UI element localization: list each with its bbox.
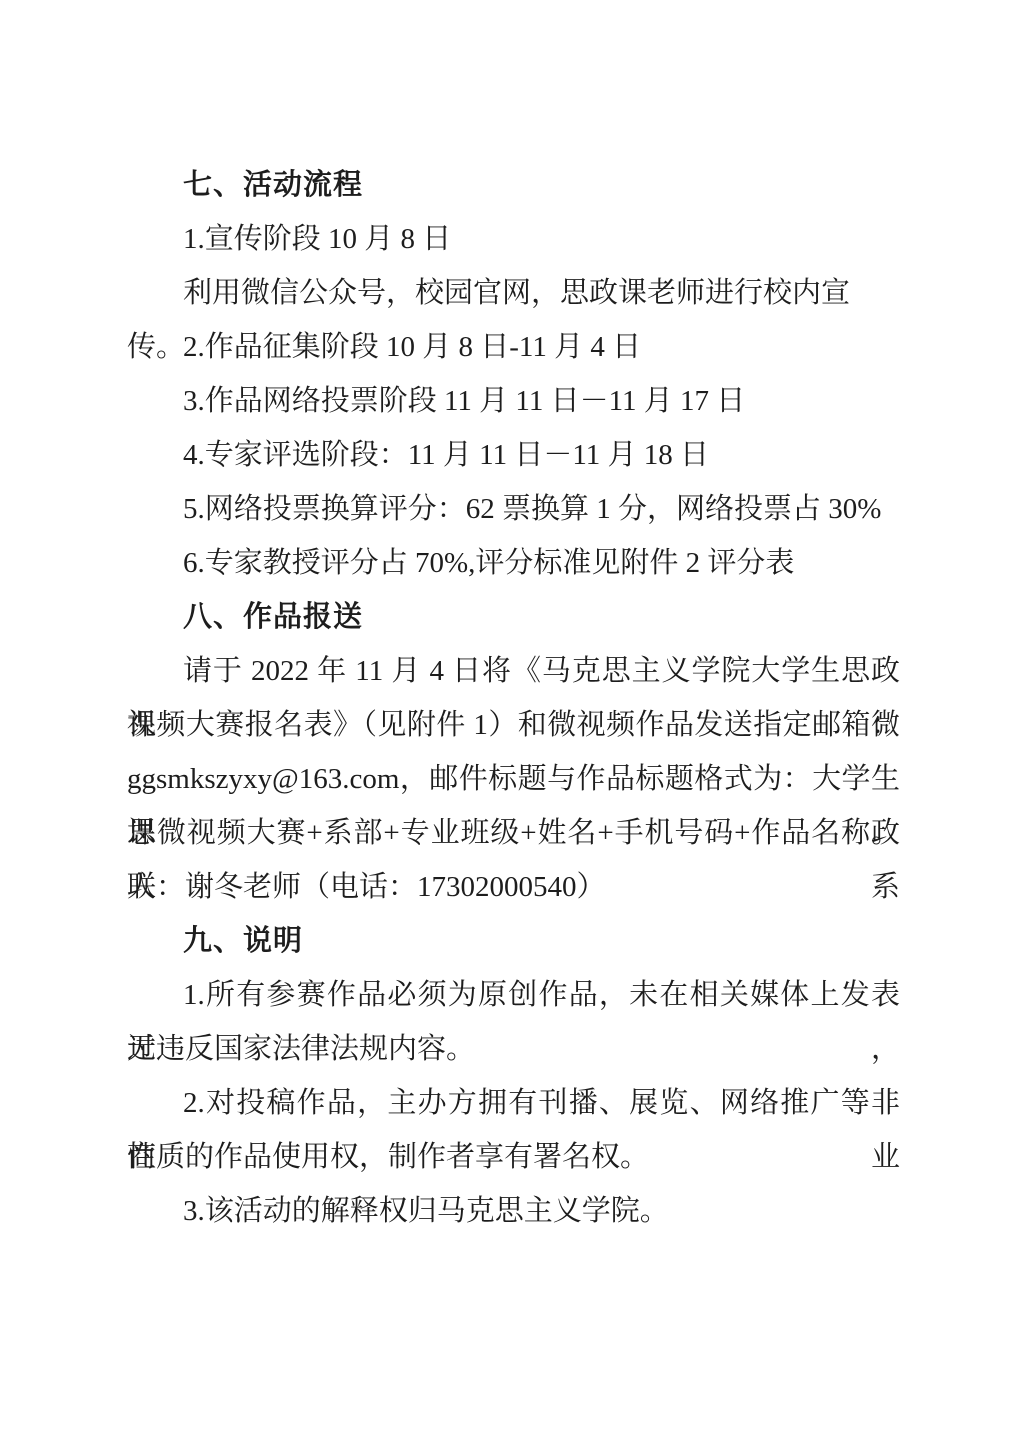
s9-note-1-line-1: 1.所有参赛作品必须为原创作品，未在相关媒体上发表过， bbox=[127, 968, 900, 1022]
s8-paragraph-line-1: 请于 2022 年 11 月 4 日将《马克思主义学院大学生思政课微 bbox=[127, 644, 900, 698]
section-9-heading: 九、说明 bbox=[127, 914, 900, 968]
s7-step-5: 5.网络投票换算评分：62 票换算 1 分，网络投票占 30% bbox=[127, 482, 900, 536]
s8-paragraph-line-2: 视频大赛报名表》（见附件 1）和微视频作品发送指定邮箱： bbox=[127, 698, 900, 752]
s7-step-4: 4.专家评选阶段：11 月 11 日－11 月 18 日 bbox=[127, 428, 900, 482]
s7-step-3: 3.作品网络投票阶段 11 月 11 日－11 月 17 日 bbox=[127, 374, 900, 428]
s9-note-2-line-1: 2.对投稿作品，主办方拥有刊播、展览、网络推广等非商业 bbox=[127, 1076, 900, 1130]
document-page: 七、活动流程 1.宣传阶段 10 月 8 日 利用微信公众号，校园官网，思政课老… bbox=[0, 0, 1024, 1238]
s7-step-1-detail: 利用微信公众号，校园官网，思政课老师进行校内宣传。 bbox=[127, 266, 900, 320]
section-7-heading: 七、活动流程 bbox=[127, 158, 900, 212]
s7-step-6: 6.专家教授评分占 70%,评分标准见附件 2 评分表 bbox=[127, 536, 900, 590]
s8-paragraph-line-4: 课微视频大赛+系部+专业班级+姓名+手机号码+作品名称。联系 bbox=[127, 806, 900, 860]
s9-note-3: 3.该活动的解释权归马克思主义学院。 bbox=[127, 1184, 900, 1238]
s7-step-1: 1.宣传阶段 10 月 8 日 bbox=[127, 212, 900, 266]
s8-paragraph-line-3-email: ggsmkszyxy@163.com，邮件标题与作品标题格式为：大学生思政 bbox=[127, 752, 900, 806]
s7-step-2: 2.作品征集阶段 10 月 8 日-11 月 4 日 bbox=[127, 320, 900, 374]
section-8-heading: 八、作品报送 bbox=[127, 590, 900, 644]
